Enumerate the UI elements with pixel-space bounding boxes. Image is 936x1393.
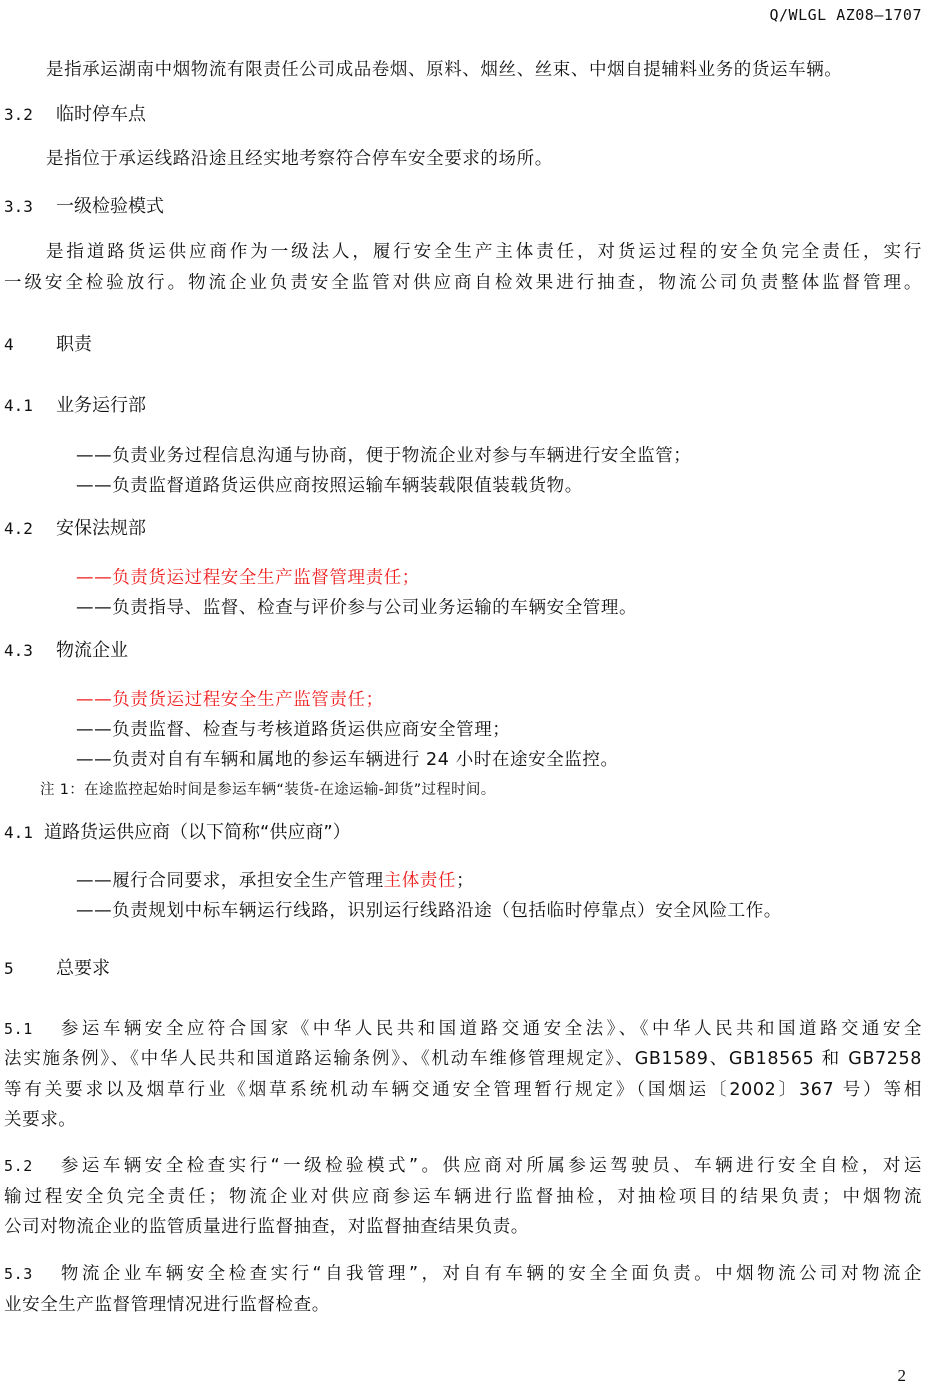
section-3-2-body: 是指位于承运线路沿途且经实地考察符合停车安全要求的场所。	[46, 149, 553, 169]
section-number: 3.3	[4, 196, 56, 218]
section-number: 5.2	[4, 1156, 58, 1176]
list-item-highlighted: ——负责货运过程安全生产监管责任；	[76, 686, 384, 711]
section-3-3-heading: 3.3一级检验模式	[4, 196, 164, 218]
section-5-2-line2: 输过程安全负完全责任；物流企业对供应商参运车辆进行监督抽检，对抽检项目的结果负责…	[4, 1187, 922, 1207]
section-title: 职责	[56, 334, 92, 355]
list-item: ——负责业务过程信息沟通与协商，便于物流企业对参与车辆进行安全监管；	[76, 442, 691, 467]
document-code: Q/WLGL AZ08—1707	[770, 6, 923, 24]
list-item: ——负责监督、检查与考核道路货运供应商安全管理；	[76, 716, 510, 741]
section-4-2-heading: 4.2安保法规部	[4, 518, 146, 540]
section-title: 安保法规部	[56, 518, 146, 539]
list-item: ——负责指导、监督、检查与评价参与公司业务运输的车辆安全管理。	[76, 594, 637, 619]
section-4-heading: 4职责	[4, 334, 92, 356]
section-5-1-line2: 法实施条例》、《中华人民共和国道路运输条例》、《机动车维修管理规定》、GB158…	[4, 1049, 922, 1069]
page-number: 2	[898, 1366, 907, 1386]
section-3-1-body: 是指承运湖南中烟物流有限责任公司成品卷烟、原料、烟丝、丝束、中烟自提辅料业务的货…	[46, 60, 842, 80]
section-4-1-heading: 4.1业务运行部	[4, 395, 146, 417]
section-number: 3.2	[4, 104, 56, 126]
section-4-4-heading: 4.1道路货运供应商（以下简称“供应商”）	[4, 822, 351, 844]
section-number: 5.1	[4, 1019, 58, 1039]
section-5-1-line3: 等有关要求以及烟草行业《烟草系统机动车辆交通安全管理暂行规定》（国烟运〔2002…	[4, 1080, 922, 1100]
section-number: 4.3	[4, 640, 56, 662]
note-text: 注 1：在途监控起始时间是参运车辆“装货-在途运输-卸货”过程时间。	[40, 778, 496, 799]
section-4-3-heading: 4.3物流企业	[4, 640, 128, 662]
list-item: ——履行合同要求，承担安全生产管理主体责任；	[76, 867, 474, 892]
section-5-2-line3: 公司对物流企业的监管质量进行监督抽查，对监督抽查结果负责。	[4, 1217, 529, 1237]
section-3-2-heading: 3.2临时停车点	[4, 104, 146, 126]
highlighted-text: 主体责任	[384, 871, 456, 891]
section-number: 5	[4, 958, 56, 980]
section-title: 临时停车点	[56, 104, 146, 125]
list-item: ——负责对自有车辆和属地的参运车辆进行 24 小时在途安全监控。	[76, 746, 619, 771]
section-5-3-line1: 5.3物流企业车辆安全检查实行“自我管理”，对自有车辆的安全全面负责。中烟物流公…	[4, 1264, 922, 1284]
section-5-heading: 5总要求	[4, 958, 110, 980]
section-5-1-line1: 5.1参运车辆安全应符合国家《中华人民共和国道路交通安全法》、《中华人民共和国道…	[4, 1019, 922, 1039]
section-number: 4.1	[4, 395, 56, 417]
section-5-2-line1: 5.2参运车辆安全检查实行“一级检验模式”。供应商对所属参运驾驶员、车辆进行安全…	[4, 1156, 922, 1176]
section-3-3-body-line2: 一级安全检验放行。物流企业负责安全监管对供应商自检效果进行抽查，物流公司负责整体…	[4, 273, 922, 293]
section-number: 4.2	[4, 518, 56, 540]
section-title: 总要求	[56, 958, 110, 979]
list-item: ——负责规划中标车辆运行线路，识别运行线路沿途（包括临时停靠点）安全风险工作。	[76, 897, 782, 922]
section-number: 4.1	[4, 822, 44, 844]
section-title: 一级检验模式	[56, 196, 164, 217]
section-5-3-line2: 业安全生产监督管理情况进行监督检查。	[4, 1295, 330, 1315]
section-title: 道路货运供应商（以下简称“供应商”）	[44, 822, 351, 843]
section-number: 5.3	[4, 1264, 58, 1284]
section-5-1-line4: 关要求。	[4, 1110, 76, 1130]
section-title: 物流企业	[56, 640, 128, 661]
section-3-3-body-line1: 是指道路货运供应商作为一级法人，履行安全生产主体责任，对货运过程的安全负完全责任…	[46, 242, 922, 262]
list-item: ——负责监督道路货运供应商按照运输车辆装载限值装载货物。	[76, 472, 583, 497]
list-item-highlighted: ——负责货运过程安全生产监督管理责任；	[76, 564, 420, 589]
section-title: 业务运行部	[56, 395, 146, 416]
section-number: 4	[4, 334, 56, 356]
